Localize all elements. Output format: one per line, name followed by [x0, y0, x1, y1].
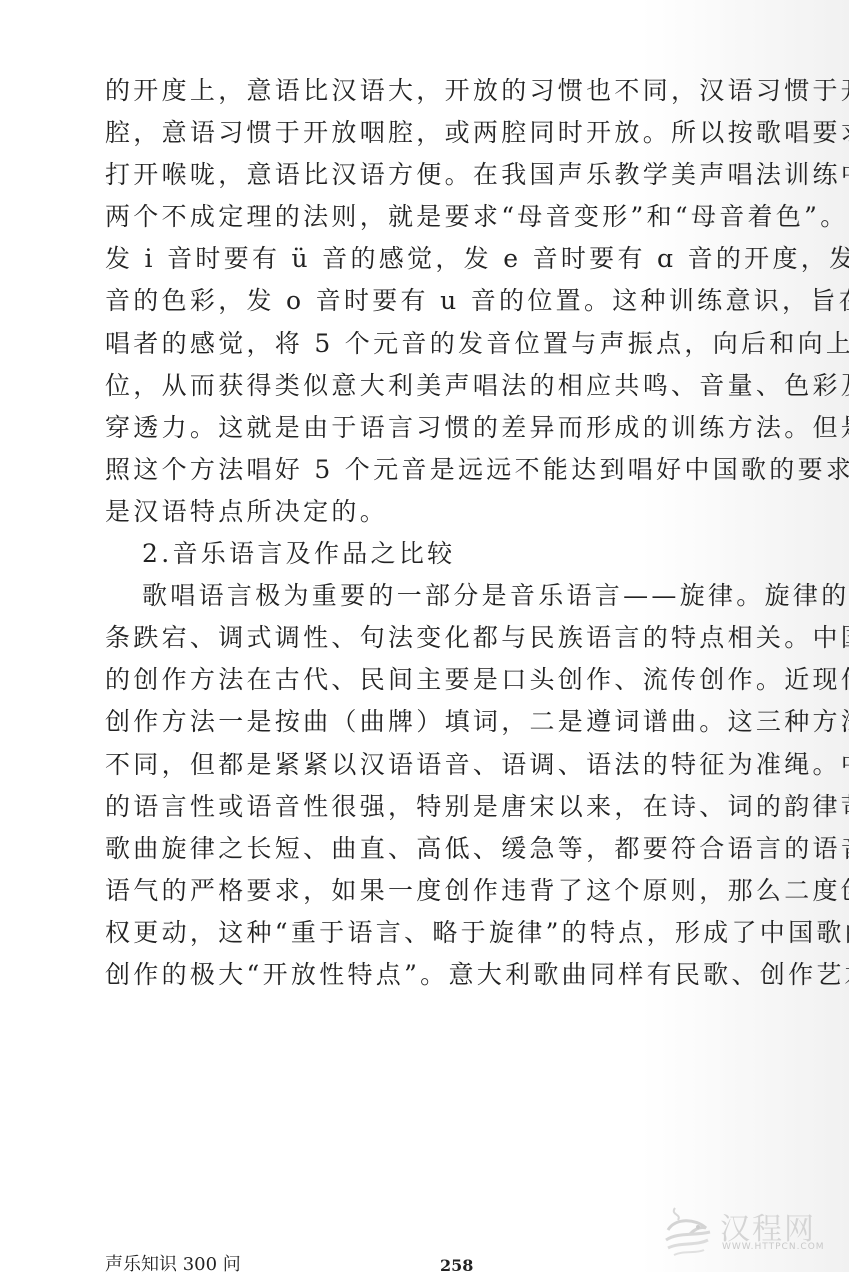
- body-text: 的开度上，意语比汉语大，开放的习惯也不同，汉语习惯于开放口腔，意语习惯于开放咽腔…: [105, 70, 805, 996]
- text-line: 的创作方法在古代、民间主要是口头创作、流传创作。近现代歌曲: [105, 659, 805, 701]
- text-line: 是汉语特点所决定的。: [105, 491, 805, 533]
- page-number: 258: [440, 1258, 473, 1272]
- text-line: 腔，意语习惯于开放咽腔，或两腔同时开放。所以按歌唱要求——: [105, 112, 805, 154]
- watermark: 汉程网 WWW.HTTPCN.COM: [660, 1200, 845, 1260]
- text-line: 发 i 音时要有 ü 音的感觉，发 e 音时要有 ɑ 音的开度，发 ɑ 时要有 …: [105, 238, 805, 280]
- document-page: 的开度上，意语比汉语大，开放的习惯也不同，汉语习惯于开放口腔，意语习惯于开放咽腔…: [0, 0, 849, 1272]
- text-line: 唱者的感觉，将 5 个元音的发音位置与声振点，向后和向上移动一: [105, 323, 805, 365]
- text-line: 创作方法一是按曲（曲牌）填词，二是遵词谱曲。这三种方法尽管: [105, 701, 805, 743]
- text-line: 的开度上，意语比汉语大，开放的习惯也不同，汉语习惯于开放口: [105, 70, 805, 112]
- text-line: 语气的严格要求，如果一度创作违背了这个原则，那么二度创作有: [105, 870, 805, 912]
- text-line: 条跌宕、调式调性、句法变化都与民族语言的特点相关。中国歌曲: [105, 617, 805, 659]
- footer-book-title: 声乐知识 300 问: [105, 1256, 241, 1272]
- text-line: 打开喉咙，意语比汉语方便。在我国声乐教学美声唱法训练中，有: [105, 154, 805, 196]
- watermark-site-url: WWW.HTTPCN.COM: [722, 1242, 825, 1252]
- text-line: 两个不成定理的法则，就是要求“母音变形”和“母音着色”。如在: [105, 196, 805, 238]
- section-heading: 2.音乐语言及作品之比较: [105, 533, 805, 575]
- text-line: 权更动，这种“重于语言、略于旋律”的特点，形成了中国歌曲二度: [105, 912, 805, 954]
- text-line: 穿透力。这就是由于语言习惯的差异而形成的训练方法。但是按: [105, 407, 805, 449]
- text-line: 位，从而获得类似意大利美声唱法的相应共鸣、音量、色彩及声音的: [105, 365, 805, 407]
- wave-fish-logo-icon: [660, 1200, 720, 1260]
- text-line: 不同，但都是紧紧以汉语语音、语调、语法的特征为准绳。中国歌曲: [105, 744, 805, 786]
- text-line: 歌唱语言极为重要的一部分是音乐语言——旋律。旋律的线: [105, 575, 805, 617]
- text-line: 音的色彩，发 o 音时要有 u 音的位置。这种训练意识，旨在调动歌: [105, 280, 805, 322]
- text-line: 的语言性或语音性很强，特别是唐宋以来，在诗、词的韵律苛求下，: [105, 786, 805, 828]
- text-line: 创作的极大“开放性特点”。意大利歌曲同样有民歌、创作艺术歌: [105, 954, 805, 996]
- text-line: 歌曲旋律之长短、曲直、高低、缓急等，都要符合语言的语音、语调、: [105, 828, 805, 870]
- text-line: 照这个方法唱好 5 个元音是远远不能达到唱好中国歌的要求。这: [105, 449, 805, 491]
